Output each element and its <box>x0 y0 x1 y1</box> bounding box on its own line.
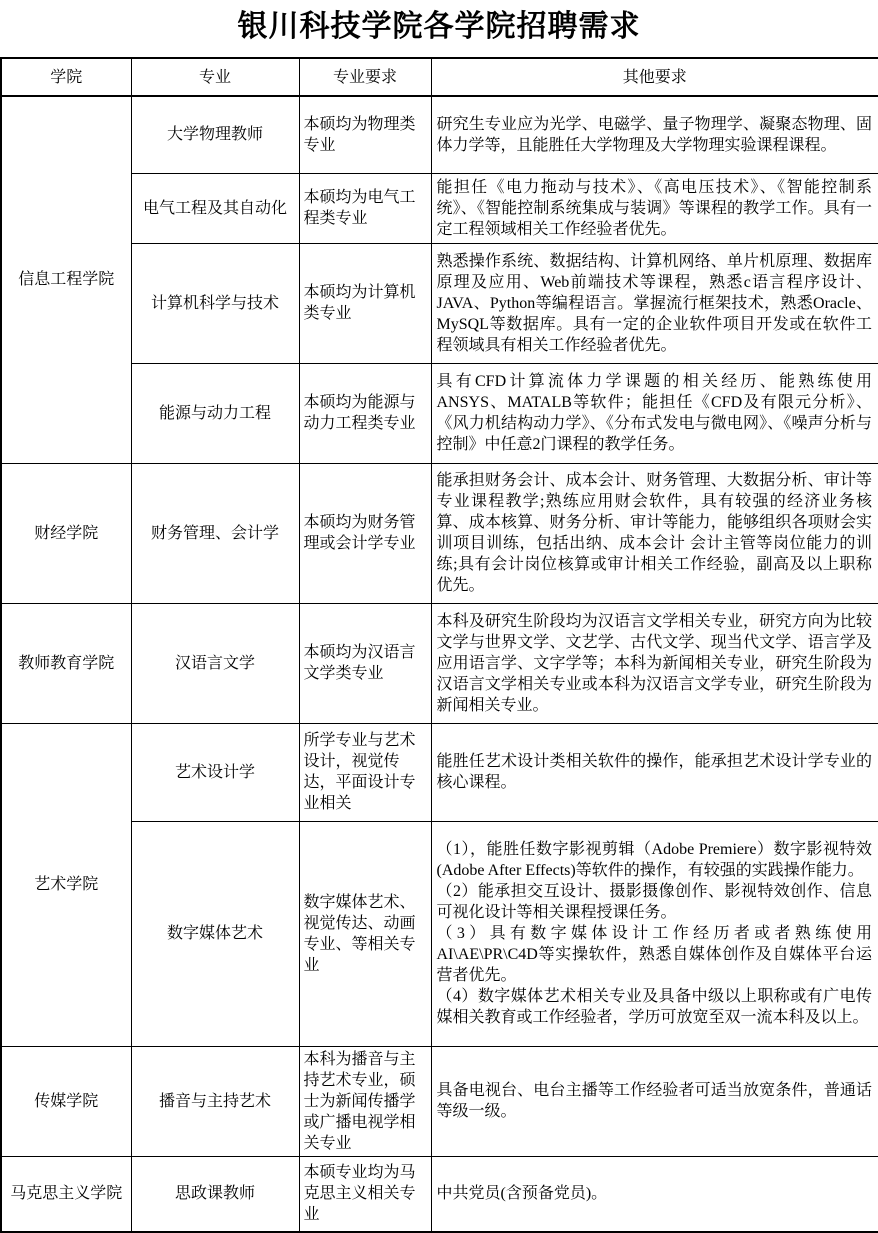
table-body: 信息工程学院大学物理教师本硕均为物理类专业研究生专业应为光学、电磁学、量子物理学… <box>1 96 878 1232</box>
table-row: 教师教育学院汉语言文学本硕均为汉语言文学类专业本科及研究生阶段均为汉语言文学相关… <box>1 603 878 723</box>
major-req-cell: 数字媒体艺术、视觉传达、动画专业、等相关专业 <box>299 821 431 1046</box>
other-req-cell: 能承担财务会计、成本会计、财务管理、大数据分析、审计等专业课程教学;熟练应用财会… <box>431 463 878 603</box>
recruitment-page: 银川科技学院各学院招聘需求 学院 专业 专业要求 其他要求 信息工程学院大学物理… <box>0 0 878 1233</box>
college-cell: 信息工程学院 <box>1 96 131 463</box>
major-cell: 数字媒体艺术 <box>131 821 299 1046</box>
recruitment-table: 学院 专业 专业要求 其他要求 信息工程学院大学物理教师本硕均为物理类专业研究生… <box>0 57 878 1233</box>
table-row: 能源与动力工程本硕均为能源与动力工程类专业具有CFD计算流体力学课题的相关经历、… <box>1 363 878 463</box>
page-title: 银川科技学院各学院招聘需求 <box>0 0 878 57</box>
table-row: 数字媒体艺术数字媒体艺术、视觉传达、动画专业、等相关专业（1），能胜任数字影视剪… <box>1 821 878 1046</box>
table-row: 计算机科学与技术本硕均为计算机类专业熟悉操作系统、数据结构、计算机网络、单片机原… <box>1 243 878 363</box>
other-req-cell: 熟悉操作系统、数据结构、计算机网络、单片机原理、数据库原理及应用、Web前端技术… <box>431 243 878 363</box>
major-cell: 财务管理、会计学 <box>131 463 299 603</box>
table-row: 信息工程学院大学物理教师本硕均为物理类专业研究生专业应为光学、电磁学、量子物理学… <box>1 96 878 173</box>
other-req-cell: 具有CFD计算流体力学课题的相关经历、能熟练使用ANSYS、MATALB等软件；… <box>431 363 878 463</box>
major-cell: 电气工程及其自动化 <box>131 173 299 243</box>
major-cell: 计算机科学与技术 <box>131 243 299 363</box>
college-cell: 财经学院 <box>1 463 131 603</box>
major-req-cell: 本硕均为财务管理或会计学专业 <box>299 463 431 603</box>
college-cell: 艺术学院 <box>1 723 131 1046</box>
other-req-cell: 本科及研究生阶段均为汉语言文学相关专业，研究方向为比较文学与世界文学、文艺学、古… <box>431 603 878 723</box>
college-cell: 教师教育学院 <box>1 603 131 723</box>
header-other-req: 其他要求 <box>431 58 878 96</box>
major-cell: 思政课教师 <box>131 1156 299 1232</box>
major-cell: 播音与主持艺术 <box>131 1046 299 1156</box>
table-row: 传媒学院播音与主持艺术本科为播音与主持艺术专业，硕士为新闻传播学或广播电视学相关… <box>1 1046 878 1156</box>
major-req-cell: 本硕均为物理类专业 <box>299 96 431 173</box>
header-row: 学院 专业 专业要求 其他要求 <box>1 58 878 96</box>
table-row: 艺术学院艺术设计学所学专业与艺术设计，视觉传达，平面设计专业相关能胜任艺术设计类… <box>1 723 878 821</box>
header-college: 学院 <box>1 58 131 96</box>
header-major: 专业 <box>131 58 299 96</box>
other-req-cell: （1），能胜任数字影视剪辑（Adobe Premiere）数字影视特效(Adob… <box>431 821 878 1046</box>
major-req-cell: 所学专业与艺术设计，视觉传达，平面设计专业相关 <box>299 723 431 821</box>
major-req-cell: 本科为播音与主持艺术专业，硕士为新闻传播学或广播电视学相关专业 <box>299 1046 431 1156</box>
table-header: 学院 专业 专业要求 其他要求 <box>1 58 878 96</box>
other-req-cell: 能担任《电力拖动与技术》、《高电压技术》、《智能控制系统》、《智能控制系统集成与… <box>431 173 878 243</box>
major-cell: 能源与动力工程 <box>131 363 299 463</box>
header-major-req: 专业要求 <box>299 58 431 96</box>
other-req-cell: 具备电视台、电台主播等工作经验者可适当放宽条件，普通话等级一级。 <box>431 1046 878 1156</box>
major-req-cell: 本硕均为计算机类专业 <box>299 243 431 363</box>
table-row: 财经学院财务管理、会计学本硕均为财务管理或会计学专业能承担财务会计、成本会计、财… <box>1 463 878 603</box>
table-row: 马克思主义学院思政课教师本硕专业均为马克思主义相关专业中共党员(含预备党员)。 <box>1 1156 878 1232</box>
major-req-cell: 本硕专业均为马克思主义相关专业 <box>299 1156 431 1232</box>
table-row: 电气工程及其自动化本硕均为电气工程类专业能担任《电力拖动与技术》、《高电压技术》… <box>1 173 878 243</box>
major-cell: 汉语言文学 <box>131 603 299 723</box>
college-cell: 马克思主义学院 <box>1 1156 131 1232</box>
major-req-cell: 本硕均为汉语言文学类专业 <box>299 603 431 723</box>
major-cell: 艺术设计学 <box>131 723 299 821</box>
major-req-cell: 本硕均为能源与动力工程类专业 <box>299 363 431 463</box>
other-req-cell: 中共党员(含预备党员)。 <box>431 1156 878 1232</box>
other-req-cell: 研究生专业应为光学、电磁学、量子物理学、凝聚态物理、固体力学等，且能胜任大学物理… <box>431 96 878 173</box>
college-cell: 传媒学院 <box>1 1046 131 1156</box>
major-cell: 大学物理教师 <box>131 96 299 173</box>
major-req-cell: 本硕均为电气工程类专业 <box>299 173 431 243</box>
other-req-cell: 能胜任艺术设计类相关软件的操作，能承担艺术设计学专业的核心课程。 <box>431 723 878 821</box>
